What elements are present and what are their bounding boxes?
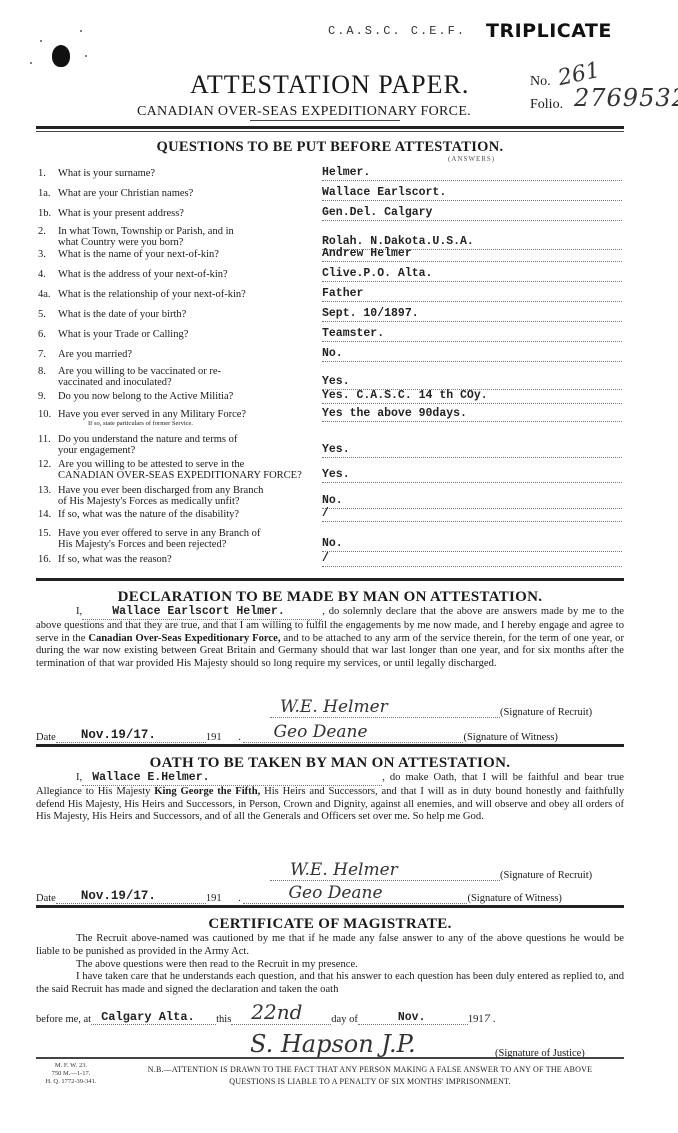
declaration-end-rule [36, 744, 624, 747]
answer-field-11[interactable]: Yes. [322, 375, 622, 390]
oath-title: OATH TO BE TAKEN BY MAN ON ATTESTATION. [0, 755, 660, 772]
question-number: 9. [38, 391, 58, 402]
answer-field-1[interactable]: Helmer. [322, 166, 622, 181]
declaration-text: I,Wallace Earlscort Helmer., do solemnly… [36, 606, 624, 671]
certificate-para-1: The Recruit above-named was cautioned by… [36, 933, 624, 957]
question-text: What is your Trade or Calling? [58, 329, 188, 340]
question-text-continued: what Country were you born? [38, 237, 310, 248]
oath-date-field[interactable]: Nov.19/17. [56, 889, 206, 904]
question-number: 13. [38, 485, 58, 496]
question-9: 6.What is your Trade or Calling? [38, 329, 310, 340]
question-7: 4a.What is the relationship of your next… [38, 289, 310, 300]
oath-witness-label: (Signature of Witness) [467, 893, 561, 904]
certificate-text: The Recruit above-named was cautioned by… [36, 933, 624, 997]
place-field[interactable]: Calgary Alta. [91, 1010, 216, 1025]
question-number: 2. [38, 226, 58, 237]
question-8: 5.What is the date of your birth? [38, 309, 310, 320]
oath-recruit-label: (Signature of Recruit) [500, 870, 592, 881]
declaration-date-label: Date [36, 732, 56, 743]
question-number: 1a. [38, 188, 58, 199]
form-code-line-2: 750 M.—1-17. [36, 1070, 106, 1078]
question-number: 14. [38, 509, 58, 520]
justice-signature[interactable]: S. Hapson J.P. [170, 1030, 495, 1059]
answer-field-18[interactable]: No. [322, 537, 622, 552]
certificate-para-2: The above questions were then read to th… [76, 959, 358, 970]
answer-field-9[interactable]: Teamster. [322, 327, 622, 342]
oath-recruit-signature[interactable]: W.E. Helmer [270, 860, 500, 881]
declaration-name-field[interactable]: Wallace Earlscort Helmer. [82, 606, 322, 620]
oath-year-prefix: 191 [206, 893, 222, 904]
question-6: 4.What is the address of your next-of-ki… [38, 269, 310, 280]
ink-speck [30, 62, 32, 64]
day-field[interactable]: 22nd [231, 1000, 331, 1025]
question-text: Do you understand the nature and terms o… [58, 434, 237, 445]
declaration-title: DECLARATION TO BE MADE BY MAN ON ATTESTA… [0, 589, 660, 606]
answer-field-14[interactable]: Yes. [322, 443, 622, 458]
ink-speck [40, 40, 42, 42]
question-number: 7. [38, 349, 58, 360]
question-text: Do you now belong to the Active Militia? [58, 391, 233, 402]
declaration-date-field[interactable]: Nov.19/17. [56, 728, 206, 743]
question-3: 1b.What is your present address? [38, 208, 310, 219]
answer-field-8[interactable]: Sept. 10/1897. [322, 307, 622, 322]
certificate-end-rule [36, 1057, 624, 1059]
declaration-force-name: Canadian Over-Seas Expeditionary Force, [88, 633, 280, 644]
question-text: If so, what was the reason? [58, 554, 172, 565]
year-suffix-field[interactable]: 7 [484, 1013, 491, 1025]
question-number: 4a. [38, 289, 58, 300]
month-field[interactable]: Nov. [358, 1011, 468, 1025]
question-text: What is the address of your next-of-kin? [58, 269, 228, 280]
question-1: 1.What is your surname? [38, 168, 310, 179]
answers-column-label: (ANSWERS) [448, 155, 495, 163]
declaration-year-prefix: 191 [206, 732, 222, 743]
question-15: 12.Are you willing to be attested to ser… [38, 459, 310, 481]
declaration-recruit-signature[interactable]: W.E. Helmer [270, 697, 500, 718]
form-code: M. F. W. 23. 750 M.—1-17. H. Q. 1772-39-… [36, 1062, 106, 1086]
question-text-continued: your engagement? [38, 445, 310, 456]
ink-blot [52, 45, 70, 67]
question-number: 16. [38, 554, 58, 565]
question-number: 1. [38, 168, 58, 179]
oath-witness-signature[interactable]: Geo Deane [243, 883, 467, 904]
form-code-line-3: H. Q. 1772-39-341. [36, 1078, 106, 1086]
question-18: 15.Have you ever offered to serve in any… [38, 528, 310, 550]
answer-field-17[interactable]: / [322, 507, 622, 522]
question-text: Have you ever served in any Military For… [58, 409, 246, 420]
question-text: What is your surname? [58, 168, 155, 179]
question-number: 6. [38, 329, 58, 340]
oath-date-label: Date [36, 893, 56, 904]
question-subnote: If so, state particulars of former Servi… [38, 420, 310, 427]
question-number: 15. [38, 528, 58, 539]
penalty-notice-line-1: N.B.—ATTENTION IS DRAWN TO THE FACT THAT… [120, 1064, 620, 1076]
question-10: 7.Are you married? [38, 349, 310, 360]
question-2: 1a.What are your Christian names? [38, 188, 310, 199]
question-14: 11.Do you understand the nature and term… [38, 434, 310, 456]
oath-name-field[interactable]: Wallace E.Helmer. [82, 772, 382, 786]
certificate-para-3: I have taken care that he understands ea… [36, 971, 624, 995]
ink-speck [85, 55, 87, 57]
answer-field-7[interactable]: Father [322, 287, 622, 302]
declaration-recruit-signature-row: W.E. Helmer(Signature of Recruit) [270, 697, 624, 718]
oath-text: I,Wallace E.Helmer., do make Oath, that … [36, 772, 624, 824]
header-rule-thin [36, 131, 624, 132]
question-number: 5. [38, 309, 58, 320]
question-number: 11. [38, 434, 58, 445]
declaration-date-row: DateNov.19/17.191 . Geo Deane(Signature … [36, 722, 624, 743]
question-text-continued: His Majesty's Forces and been rejected? [38, 539, 310, 550]
triplicate-stamp: TRIPLICATE [486, 20, 612, 42]
folio-label: Folio. [530, 97, 563, 113]
question-17: 14.If so, what was the nature of the dis… [38, 509, 310, 520]
document-subtitle: CANADIAN OVER-SEAS EXPEDITIONARY FORCE. [137, 104, 471, 120]
question-text: What are your Christian names? [58, 188, 193, 199]
year-label: 191 [468, 1014, 484, 1025]
question-number: 8. [38, 366, 58, 377]
questions-end-rule [36, 578, 624, 581]
answer-field-13[interactable]: Yes the above 90days. [322, 407, 622, 422]
justice-signature-row: S. Hapson J.P.(Signature of Justice) [170, 1030, 624, 1059]
question-text: In what Town, Township or Parish, and in [58, 226, 234, 237]
question-11: 8.Are you willing to be vaccinated or re… [38, 366, 310, 388]
question-text: Are you willing to be vaccinated or re- [58, 366, 221, 377]
question-19: 16.If so, what was the reason? [38, 554, 310, 565]
questions-section-title: QUESTIONS TO BE PUT BEFORE ATTESTATION. [0, 139, 660, 156]
question-text: Have you ever been discharged from any B… [58, 485, 263, 496]
question-13: 10.Have you ever served in any Military … [38, 409, 310, 427]
this-label: this [216, 1014, 231, 1025]
form-code-line-1: M. F. W. 23. [36, 1062, 106, 1070]
question-text: Are you married? [58, 349, 132, 360]
oath-date-row: DateNov.19/17.191 . Geo Deane(Signature … [36, 883, 624, 904]
penalty-notice-line-2: QUESTIONS IS LIABLE TO A PENALTY OF SIX … [120, 1076, 620, 1088]
day-of-label: day of [331, 1014, 358, 1025]
before-me-label: before me, at [36, 1014, 91, 1025]
question-text: Have you ever offered to serve in any Br… [58, 528, 260, 539]
unit-stamp: C.A.S.C. C.E.F. [328, 24, 466, 38]
declaration-witness-label: (Signature of Witness) [463, 732, 557, 743]
question-4: 2.In what Town, Township or Parish, and … [38, 226, 310, 248]
number-label: No. [530, 74, 551, 90]
question-text: What is the date of your birth? [58, 309, 186, 320]
question-text: If so, what was the nature of the disabi… [58, 509, 239, 520]
oath-recruit-signature-row: W.E. Helmer(Signature of Recruit) [270, 860, 624, 881]
answer-field-10[interactable]: No. [322, 347, 622, 362]
answer-field-5[interactable]: Andrew Helmer [322, 247, 622, 262]
answer-field-3[interactable]: Gen.Del. Calgary [322, 206, 622, 221]
question-text: What is the name of your next-of-kin? [58, 249, 219, 260]
question-text-continued: vaccinated and inoculated? [38, 377, 310, 388]
answer-field-6[interactable]: Clive.P.O. Alta. [322, 267, 622, 282]
declaration-witness-signature[interactable]: Geo Deane [243, 722, 463, 743]
declaration-recruit-label: (Signature of Recruit) [500, 707, 592, 718]
folio-value: 2769532 [574, 84, 678, 112]
question-text: What is the relationship of your next-of… [58, 289, 246, 300]
question-16: 13.Have you ever been discharged from an… [38, 485, 310, 507]
answer-field-19[interactable]: / [322, 552, 622, 567]
question-text-continued: of His Majesty's Forces as medically unf… [38, 496, 310, 507]
answer-field-2[interactable]: Wallace Earlscort. [322, 186, 622, 201]
certificate-title: CERTIFICATE OF MAGISTRATE. [0, 916, 660, 933]
title-divider [250, 120, 400, 121]
answer-field-12[interactable]: Yes. C.A.S.C. 14 th COy. [322, 389, 622, 404]
oath-end-rule [36, 905, 624, 908]
question-text-continued: CANADIAN OVER-SEAS EXPEDITIONARY FORCE? [38, 470, 310, 481]
penalty-notice: N.B.—ATTENTION IS DRAWN TO THE FACT THAT… [120, 1064, 620, 1088]
question-number: 1b. [38, 208, 58, 219]
oath-king-name: King George the Fifth, [154, 786, 260, 797]
header-rule [36, 126, 624, 129]
question-number: 3. [38, 249, 58, 260]
question-text: Are you willing to be attested to serve … [58, 459, 244, 470]
question-12: 9.Do you now belong to the Active Militi… [38, 391, 310, 402]
question-text: What is your present address? [58, 208, 184, 219]
question-5: 3.What is the name of your next-of-kin? [38, 249, 310, 260]
question-number: 12. [38, 459, 58, 470]
certificate-place-row: before me, atCalgary Alta.this22ndday of… [36, 1000, 624, 1025]
question-number: 4. [38, 269, 58, 280]
question-number: 10. [38, 409, 58, 420]
answer-field-15[interactable]: Yes. [322, 468, 622, 483]
ink-speck [80, 30, 82, 32]
